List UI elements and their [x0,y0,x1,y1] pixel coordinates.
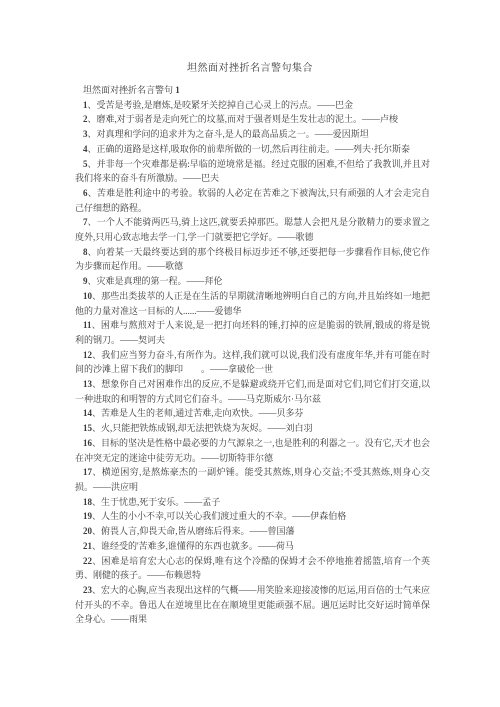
quote-text: 、谁经受的'苦难多,谁懂得的东西也就多。——荷马 [92,541,294,551]
quote-number: 20 [83,526,92,536]
quote-number: 19 [83,511,92,521]
quote-text: 、受苦是考验,是磨炼,是咬紧牙关挖掉自己心灵上的污点。——巴金 [88,100,354,110]
quote-item: 17、横逆困穷,是熬炼豪杰的一副炉锤。能受其熬炼,则身心交益;不受其熬炼,则身心… [75,465,430,494]
quote-number: 21 [83,541,92,551]
quote-text: 、苦难是胜利途中的考验。软弱的人必定在苦难之下被淘汰,只有顽强的人才会走完自己仔… [75,188,430,213]
quote-text: 、宏大的心胸,应当表现出这样的气概——用笑脸来迎接凌惨的厄运,用百倍的士气来应付… [75,585,430,624]
quote-item: 7、一个人不能骑两匹马,骑上这匹,就要丢掉那匹。聪慧人会把凡是分散精力的要求置之… [75,215,430,244]
quote-item: 1、受苦是考验,是磨炼,是咬紧牙关挖掉自己心灵上的污点。——巴金 [75,98,430,113]
quote-item: 23、宏大的心胸,应当表现出这样的气概——用笑脸来迎接凌惨的厄运,用百倍的士气来… [75,583,430,627]
quote-text: 、一个人不能骑两匹马,骑上这匹,就要丢掉那匹。聪慧人会把凡是分散精力的要求置之度… [75,217,430,242]
quote-number: 10 [83,291,92,301]
quote-item: 22、困难是培育宏大心志的保姆,唯有这个冷酷的保姆才会不停地推着摇篮,培育一个英… [75,554,430,583]
quote-text: 、生于忧患,死于安乐。——孟子 [92,497,220,507]
quote-text: 、正确的道路是这样,吸取你的前辈所做的一切,然后再往前走。——列夫·托尔斯泰 [88,144,411,154]
quote-text: 、那些出类拔萃的人正是在生活的早期就清晰地辨明白自己的方向,并且始终如一地把他的… [75,291,430,316]
quote-number: 15 [83,423,92,433]
quote-text: 、向着某一天最终要达到的那个终极目标迈步还不够,还要把每一步骤看作目标,使它作为… [75,247,430,272]
quote-item: 15、火,只能把铁炼成钢,却无法把铁烧为灰烬。——刘白羽 [75,421,430,436]
quote-text: 、横逆困穷,是熬炼豪杰的一副炉锤。能受其熬炼,则身心交益;不受其熬炼,则身心交损… [75,467,430,492]
quote-list: 1、受苦是考验,是磨炼,是咬紧牙关挖掉自己心灵上的污点。——巴金2、磨难,对于弱… [75,98,430,627]
quote-item: 10、那些出类拔萃的人正是在生活的早期就清晰地辨明白自己的方向,并且始终如一地把… [75,289,430,318]
quote-number: 12 [83,350,92,360]
quote-number: 11 [83,320,92,330]
quote-number: 14 [83,408,92,418]
quote-item: 3、对真理和学问的追求并为之奋斗,是人的最高品质之一。——爱因斯坦 [75,127,430,142]
quote-text: 、并非每一个灾难都是祸:早临的逆境常是福。经过克服的困难,不但给了我教训,并且对… [75,159,430,184]
document-page: 坦然面对挫折名言警句集合 坦然面对挫折名言警句 1 1、受苦是考验,是磨炼,是咬… [0,0,500,707]
quote-text: 、火,只能把铁炼成钢,却无法把铁烧为灰烬。——刘白羽 [92,423,313,433]
quote-item: 16、目标的坚决是性格中最必要的力气源泉之一,也是胜利的利器之一。没有它,天才也… [75,436,430,465]
quote-number: 23 [83,585,92,595]
quote-item: 11、困难与熬煎对于人来说,是一把打向坯料的锤,打掉的应是脆弱的铁屑,锻成的将是… [75,318,430,347]
quote-item: 20、俯畏人言,仰畏天命,皆从磨练后得来。——曾国藩 [75,524,430,539]
quote-number: 18 [83,497,92,507]
quote-item: 9、灾难是真理的第一程。——拜伦 [75,274,430,289]
quote-item: 21、谁经受的'苦难多,谁懂得的东西也就多。——荷马 [75,539,430,554]
quote-text: 、困难是培育宏大心志的保姆,唯有这个冷酷的保姆才会不停地推着摇篮,培育一个英勇、… [75,556,430,581]
document-body: 坦然面对挫折名言警句 1 1、受苦是考验,是磨炼,是咬紧牙关挖掉自己心灵上的污点… [0,83,500,627]
section-subtitle-number: 1 [175,85,180,95]
section-subtitle-text: 坦然面对挫折名言警句 [83,85,173,95]
quote-text: 、我们应当努力奋斗,有所作为。这样,我们就可以说,我们没有虚度年华,并有可能在时… [75,350,430,375]
quote-item: 13、想象你自己对困难作出的反应,不是躲避或绕开它们,而是面对它们,同它们打交道… [75,377,430,406]
quote-text: 、人生的小小不幸,可以关心我们渡过重大的不幸。——伊森伯格 [92,511,346,521]
quote-item: 12、我们应当努力奋斗,有所作为。这样,我们就可以说,我们没有虚度年华,并有可能… [75,348,430,377]
quote-text: 、磨难,对于弱者是走向死亡的坟墓,而对于强者则是生发壮志的泥土。——卢梭 [88,114,399,124]
quote-item: 5、并非每一个灾难都是祸:早临的逆境常是福。经过克服的困难,不但给了我教训,并且… [75,157,430,186]
quote-text: 、灾难是真理的第一程。——拜伦 [88,276,223,286]
quote-number: 17 [83,467,92,477]
quote-text: 、俯畏人言,仰畏天命,皆从磨练后得来。——曾国藩 [92,526,295,536]
quote-item: 2、磨难,对于弱者是走向死亡的坟墓,而对于强者则是生发壮志的泥土。——卢梭 [75,112,430,127]
quote-number: 22 [83,556,92,566]
section-subtitle: 坦然面对挫折名言警句 1 [75,83,430,98]
quote-text: 、对真理和学问的追求并为之奋斗,是人的最高品质之一。——爱因斯坦 [88,129,369,139]
quote-text: 、苦难是人生的老师,通过苦难,走向欢快。——贝多芬 [92,408,304,418]
quote-item: 18、生于忧患,死于安乐。——孟子 [75,495,430,510]
quote-number: 16 [83,438,92,448]
quote-item: 19、人生的小小不幸,可以关心我们渡过重大的不幸。——伊森伯格 [75,509,430,524]
quote-item: 14、苦难是人生的老师,通过苦难,走向欢快。——贝多芬 [75,406,430,421]
quote-text: 、想象你自己对困难作出的反应,不是躲避或绕开它们,而是面对它们,同它们打交道,以… [75,379,430,404]
quote-item: 8、向着某一天最终要达到的那个终极目标迈步还不够,还要把每一步骤看作目标,使它作… [75,245,430,274]
quote-number: 13 [83,379,92,389]
quote-item: 4、正确的道路是这样,吸取你的前辈所做的一切,然后再往前走。——列夫·托尔斯泰 [75,142,430,157]
quote-text: 、困难与熬煎对于人来说,是一把打向坯料的锤,打掉的应是脆弱的铁屑,锻成的将是锐利… [75,320,430,345]
page-title: 坦然面对挫折名言警句集合 [0,0,500,75]
quote-item: 6、苦难是胜利途中的考验。软弱的人必定在苦难之下被淘汰,只有顽强的人才会走完自己… [75,186,430,215]
quote-text: 、目标的坚决是性格中最必要的力气源泉之一,也是胜利的利器之一。没有它,天才也会在… [75,438,430,463]
